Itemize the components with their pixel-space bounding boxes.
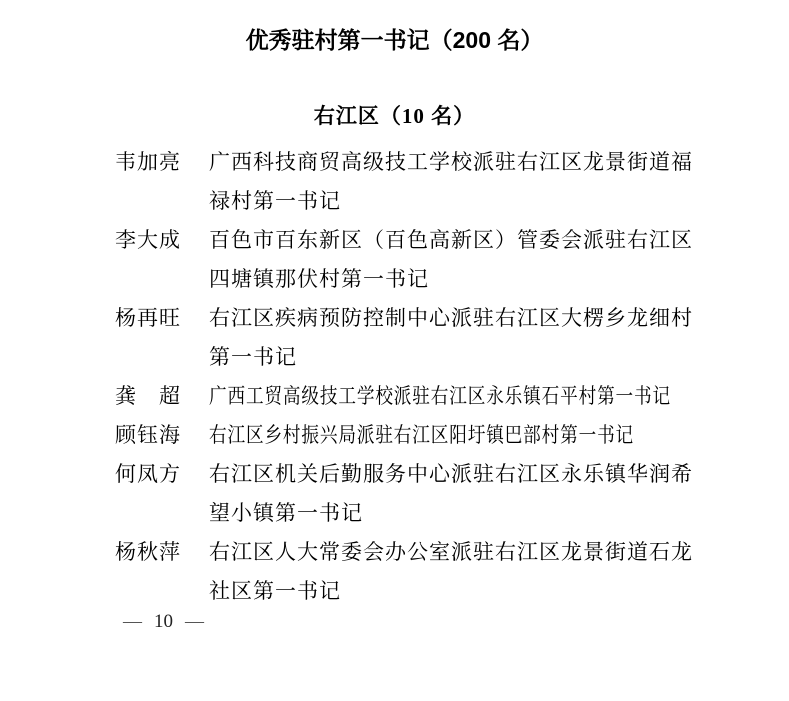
awardee-name: 韦加亮: [115, 143, 181, 182]
page-footer: — 10 —: [123, 611, 204, 633]
page-number: 10: [154, 611, 173, 633]
list-item: 韦加亮 广西科技商贸高级技工学校派驻右江区龙景街道福禄村第一书记: [115, 143, 705, 221]
awardee-description: 百色市百东新区（百色高新区）管委会派驻右江区四塘镇那伏村第一书记: [209, 221, 693, 299]
awardee-name: 李大成: [115, 221, 181, 260]
awardee-list: 韦加亮 广西科技商贸高级技工学校派驻右江区龙景街道福禄村第一书记 李大成 百色市…: [115, 143, 705, 611]
awardee-description: 右江区疾病预防控制中心派驻右江区大楞乡龙细村第一书记: [209, 299, 693, 377]
list-item: 李大成 百色市百东新区（百色高新区）管委会派驻右江区四塘镇那伏村第一书记: [115, 221, 705, 299]
awardee-description: 右江区乡村振兴局派驻右江区阳圩镇巴部村第一书记: [209, 416, 634, 455]
awardee-name: 龚 超: [115, 377, 181, 416]
section-heading: 右江区（10 名）: [0, 103, 789, 129]
list-item: 龚 超 广西工贸高级技工学校派驻右江区永乐镇石平村第一书记: [115, 377, 705, 416]
awardee-description: 广西科技商贸高级技工学校派驻右江区龙景街道福禄村第一书记: [209, 143, 693, 221]
awardee-name: 杨秋萍: [115, 533, 181, 572]
awardee-name: 杨再旺: [115, 299, 181, 338]
list-item: 杨再旺 右江区疾病预防控制中心派驻右江区大楞乡龙细村第一书记: [115, 299, 705, 377]
awardee-description: 右江区机关后勤服务中心派驻右江区永乐镇华润希望小镇第一书记: [209, 455, 693, 533]
list-item: 何凤方 右江区机关后勤服务中心派驻右江区永乐镇华润希望小镇第一书记: [115, 455, 705, 533]
list-item: 杨秋萍 右江区人大常委会办公室派驻右江区龙景街道石龙社区第一书记: [115, 533, 705, 611]
awardee-name: 顾钰海: [115, 416, 181, 455]
document-page: 优秀驻村第一书记（200 名） 右江区（10 名） 韦加亮 广西科技商贸高级技工…: [0, 0, 789, 701]
awardee-description: 广西工贸高级技工学校派驻右江区永乐镇石平村第一书记: [209, 377, 671, 416]
footer-dash-right: —: [185, 611, 204, 633]
awardee-name: 何凤方: [115, 455, 181, 494]
footer-dash-left: —: [123, 611, 142, 633]
awardee-description: 右江区人大常委会办公室派驻右江区龙景街道石龙社区第一书记: [209, 533, 693, 611]
document-title: 优秀驻村第一书记（200 名）: [0, 26, 789, 54]
list-item: 顾钰海 右江区乡村振兴局派驻右江区阳圩镇巴部村第一书记: [115, 416, 705, 455]
